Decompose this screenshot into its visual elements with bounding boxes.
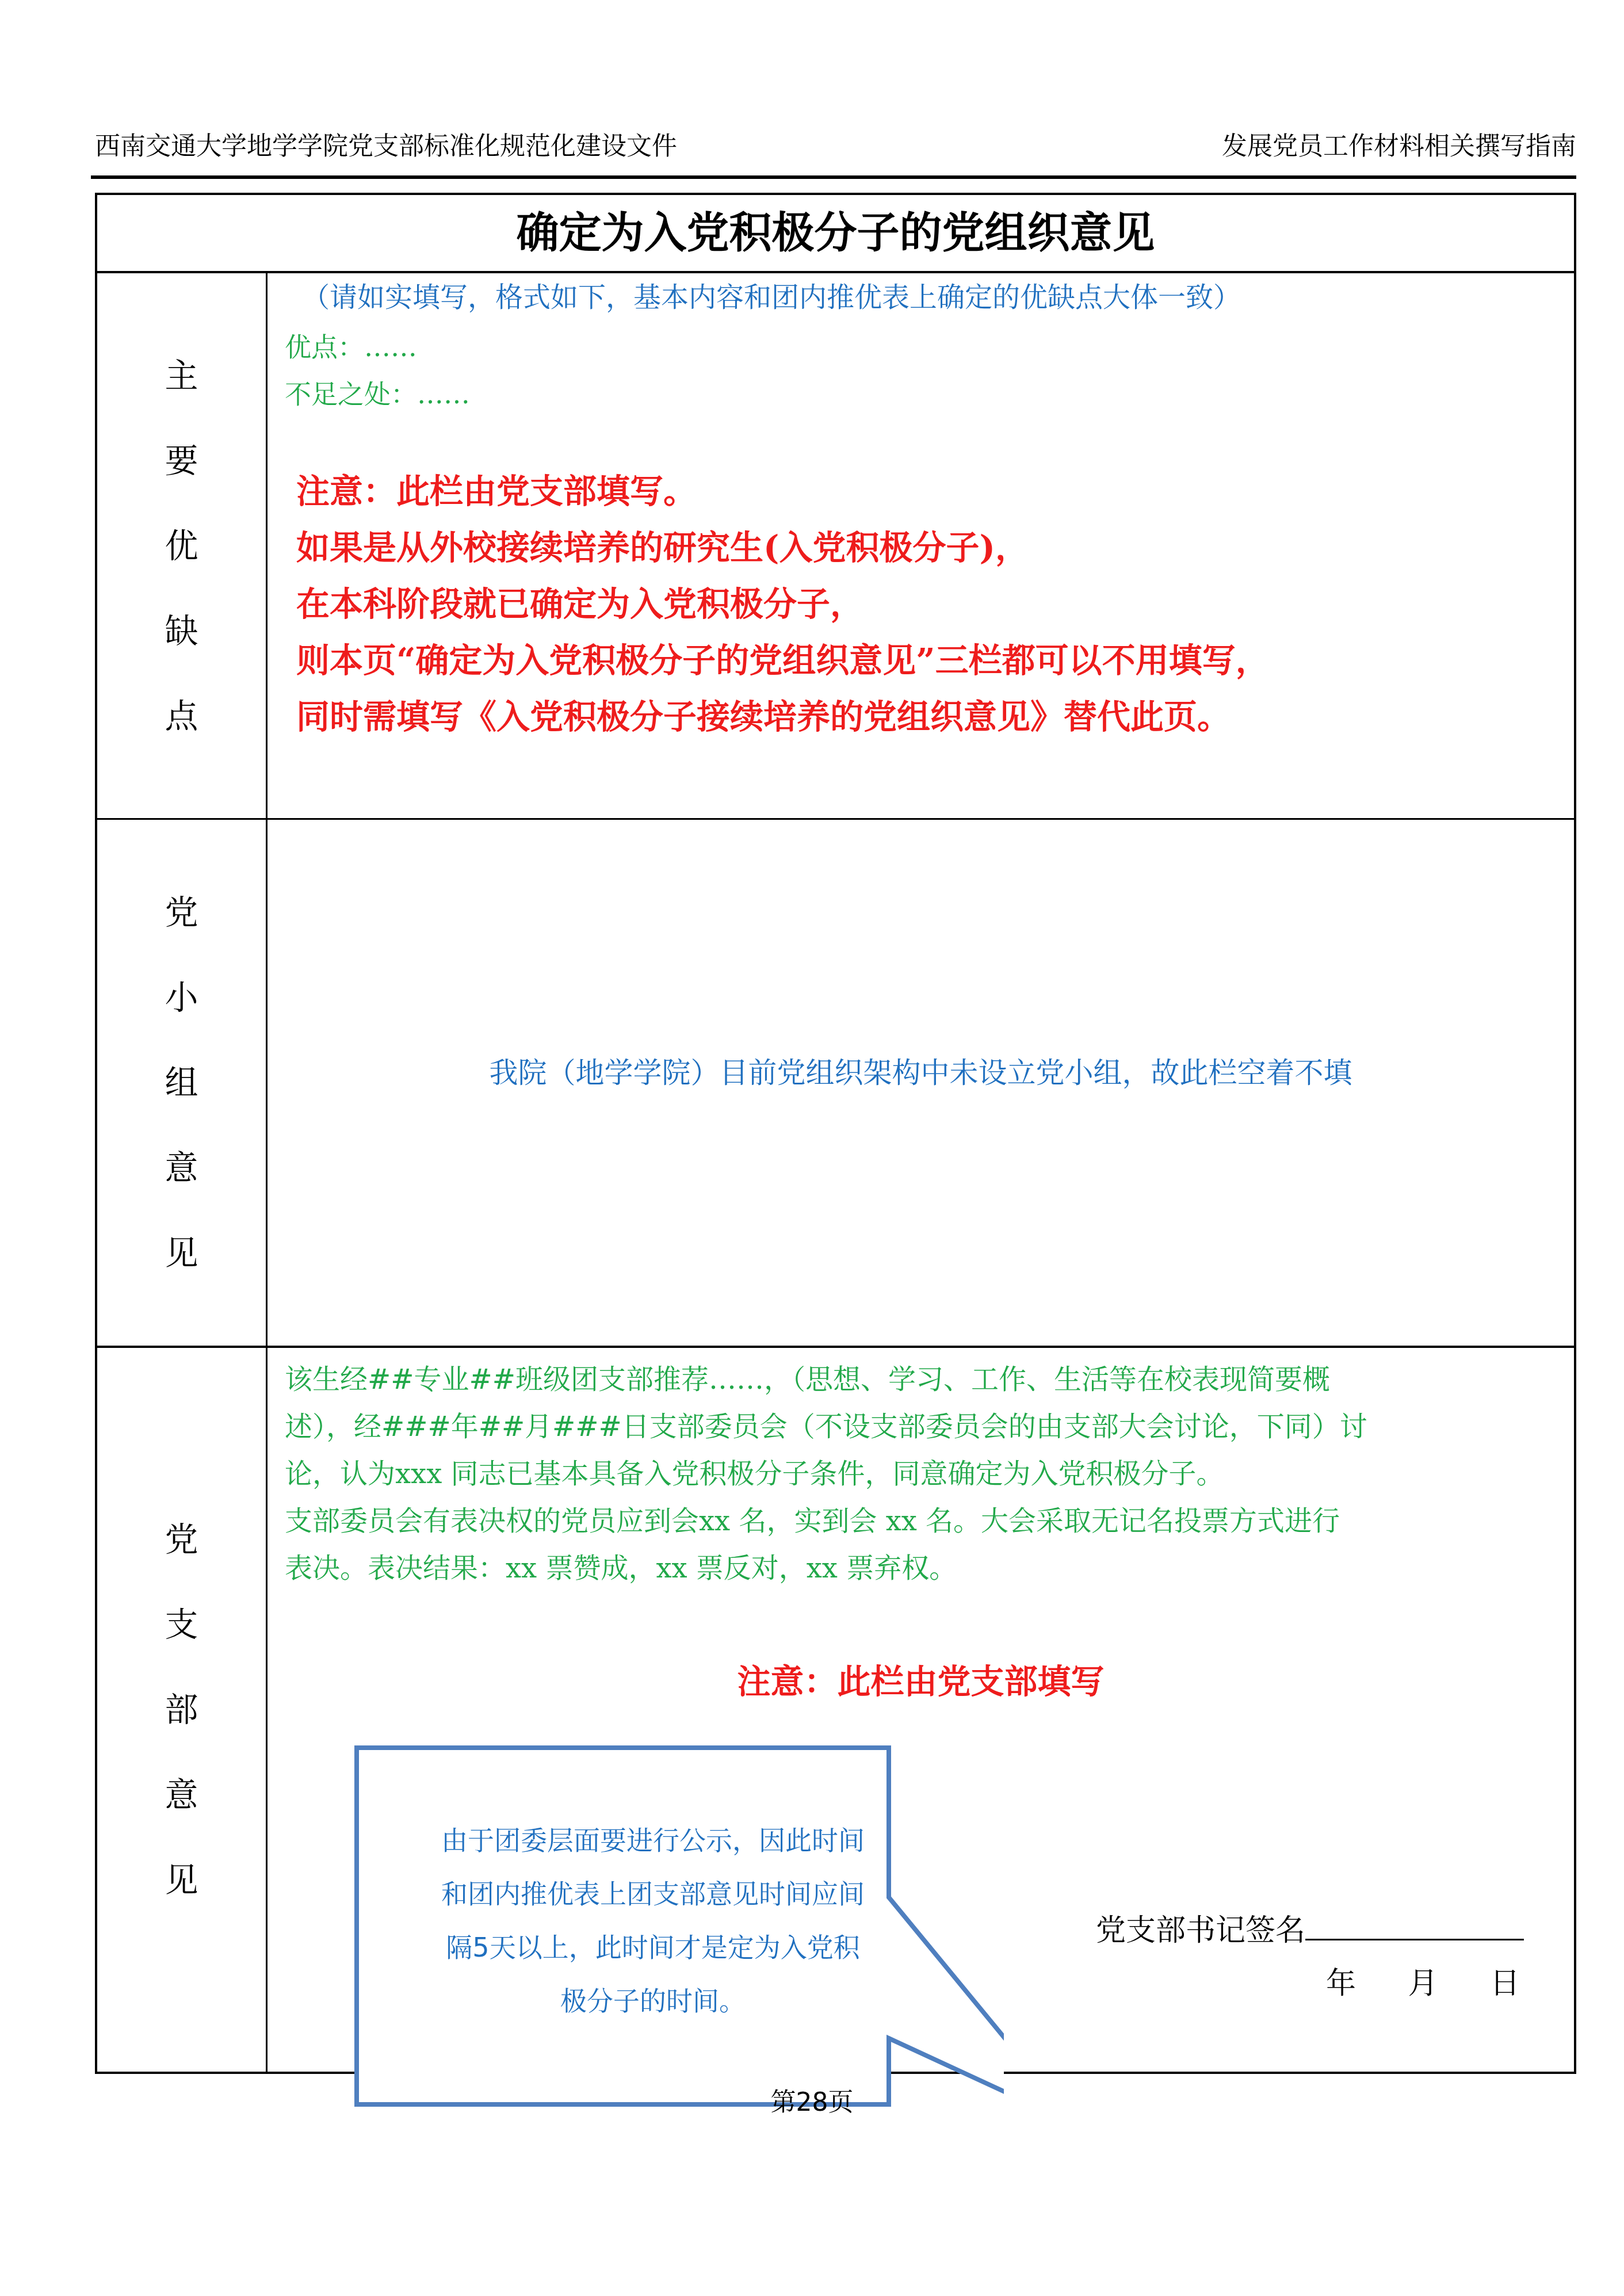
fill-instruction: （请如实填写，格式如下，基本内容和团内推优表上确定的优缺点大体一致） bbox=[302, 279, 1241, 316]
label-char: 主 bbox=[165, 333, 198, 418]
label-char: 意 bbox=[165, 1125, 198, 1210]
row-branch-opinion: 党 支 部 意 见 该生经##专业##班级团支部推荐……，（思想、学习、工作、生… bbox=[97, 1348, 1574, 2072]
party-group-opinion-field[interactable]: 我院（地学学院）目前党组织架构中未设立党小组，故此栏空着不填 bbox=[268, 820, 1574, 1346]
row-strengths-weaknesses: 主 要 优 缺 点 （请如实填写，格式如下，基本内容和团内推优表上确定的优缺点大… bbox=[97, 273, 1574, 820]
row-label-strengths-weaknesses: 主 要 优 缺 点 bbox=[97, 273, 268, 818]
callout-line: 极分子的时间。 bbox=[371, 1974, 935, 2028]
signature-label: 党支部书记签名 bbox=[1096, 1913, 1305, 1948]
callout-line: 和团内推优表上团支部意见时间应间 bbox=[371, 1867, 935, 1921]
date-year: 年 bbox=[1326, 1963, 1356, 2004]
row-party-group-opinion: 党 小 组 意 见 我院（地学学院）目前党组织架构中未设立党小组，故此栏空着不填 bbox=[97, 820, 1574, 1348]
signature-line[interactable] bbox=[1305, 1909, 1524, 1940]
label-char: 缺 bbox=[165, 589, 198, 674]
header-divider bbox=[91, 175, 1576, 179]
notice-line: 则本页“确定为入党积极分子的党组织意见”三栏都可以不用填写， bbox=[296, 632, 1562, 689]
template-line: 表决。表决结果：xx 票赞成，xx 票反对，xx 票弃权。 bbox=[285, 1545, 1550, 1592]
row-label-branch-opinion: 党 支 部 意 见 bbox=[97, 1348, 268, 2072]
notice-line: 在本科阶段就已确定为入党积极分子， bbox=[296, 576, 1562, 632]
strengths-line: 优点：…… bbox=[285, 330, 417, 364]
speech-bubble-callout: 由于团委层面要进行公示，因此时间 和团内推优表上团支部意见时间应间 隔5天以上，… bbox=[354, 1745, 1004, 2119]
label-char: 部 bbox=[165, 1667, 198, 1752]
label-char: 见 bbox=[165, 1210, 198, 1296]
header-right-title: 发展党员工作材料相关撰写指南 bbox=[1222, 129, 1576, 164]
weaknesses-line: 不足之处：…… bbox=[285, 377, 470, 411]
document-header: 西南交通大学地学学院党支部标准化规范化建设文件 发展党员工作材料相关撰写指南 bbox=[95, 129, 1576, 164]
date-day: 日 bbox=[1490, 1963, 1520, 2004]
branch-opinion-field[interactable]: 该生经##专业##班级团支部推荐……，（思想、学习、工作、生活等在校表现简要概 … bbox=[268, 1348, 1574, 2072]
label-char: 意 bbox=[165, 1752, 198, 1837]
label-char: 见 bbox=[165, 1837, 198, 1923]
label-char: 小 bbox=[165, 955, 198, 1040]
notice-line: 如果是从外校接续培养的研究生(入党积极分子)， bbox=[296, 519, 1562, 576]
branch-opinion-template: 该生经##专业##班级团支部推荐……，（思想、学习、工作、生活等在校表现简要概 … bbox=[285, 1356, 1550, 1592]
label-char: 点 bbox=[165, 674, 198, 759]
template-line: 该生经##专业##班级团支部推荐……，（思想、学习、工作、生活等在校表现简要概 bbox=[285, 1356, 1550, 1403]
notice-line: 注意：此栏由党支部填写。 bbox=[296, 463, 1562, 519]
row-label-party-group-opinion: 党 小 组 意 见 bbox=[97, 820, 268, 1346]
branch-fill-notice: 注意：此栏由党支部填写 bbox=[268, 1659, 1574, 1705]
template-line: 论，认为xxx 同志已基本具备入党积极分子条件，同意确定为入党积极分子。 bbox=[285, 1450, 1550, 1497]
callout-text: 由于团委层面要进行公示，因此时间 和团内推优表上团支部意见时间应间 隔5天以上，… bbox=[371, 1814, 935, 2028]
callout-line: 由于团委层面要进行公示，因此时间 bbox=[371, 1814, 935, 1867]
opinion-form-table: 确定为入党积极分子的党组织意见 主 要 优 缺 点 （请如实填写，格式如下，基本… bbox=[95, 193, 1576, 2074]
party-group-note: 我院（地学学院）目前党组织架构中未设立党小组，故此栏空着不填 bbox=[268, 1050, 1574, 1096]
secretary-signature: 党支部书记签名 bbox=[1096, 1909, 1524, 1951]
header-left-title: 西南交通大学地学学院党支部标准化规范化建设文件 bbox=[95, 129, 677, 164]
label-char: 组 bbox=[165, 1040, 198, 1125]
transfer-notice: 注意：此栏由党支部填写。 如果是从外校接续培养的研究生(入党积极分子)， 在本科… bbox=[296, 463, 1562, 745]
label-char: 党 bbox=[165, 870, 198, 955]
template-line: 述），经###年##月###日支部委员会（不设支部委员会的由支部大会讨论，下同）… bbox=[285, 1403, 1550, 1450]
label-char: 要 bbox=[165, 418, 198, 503]
signature-date: 年 月 日 bbox=[1326, 1963, 1520, 2004]
label-char: 支 bbox=[165, 1582, 198, 1667]
page-number: 第28页 bbox=[0, 2085, 1624, 2120]
form-title: 确定为入党积极分子的党组织意见 bbox=[97, 195, 1574, 273]
label-char: 优 bbox=[165, 503, 198, 589]
strengths-weaknesses-field[interactable]: （请如实填写，格式如下，基本内容和团内推优表上确定的优缺点大体一致） 优点：……… bbox=[268, 273, 1574, 818]
callout-line: 隔5天以上，此时间才是定为入党积 bbox=[371, 1921, 935, 1974]
label-char: 党 bbox=[165, 1497, 198, 1582]
template-line: 支部委员会有表决权的党员应到会xx 名，实到会 xx 名。大会采取无记名投票方式… bbox=[285, 1497, 1550, 1545]
notice-line: 同时需填写《入党积极分子接续培养的党组织意见》替代此页。 bbox=[296, 689, 1562, 745]
date-month: 月 bbox=[1408, 1963, 1438, 2004]
